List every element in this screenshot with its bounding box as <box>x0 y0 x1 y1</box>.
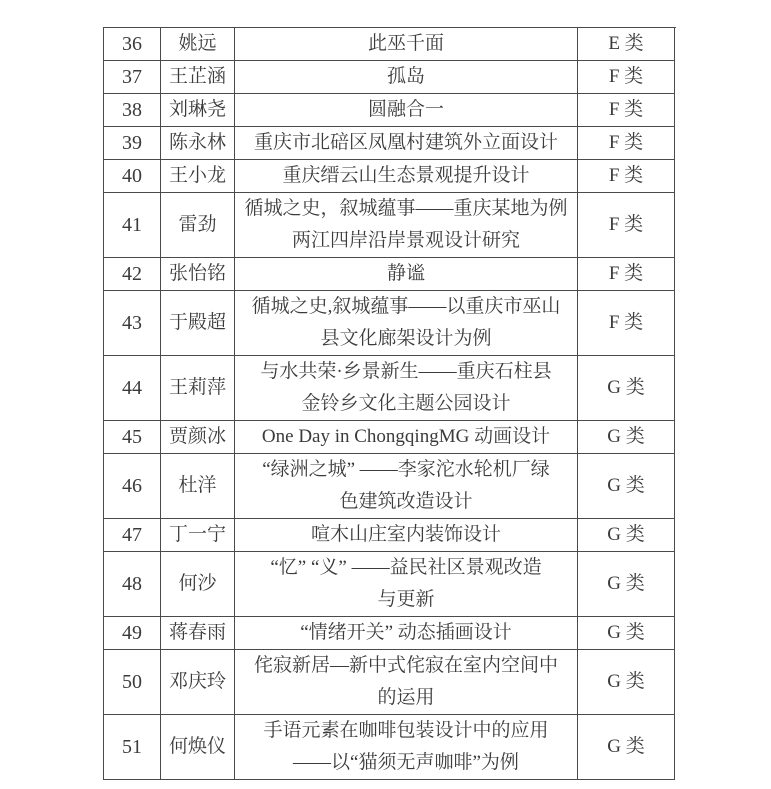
table-row: 45 贾颜冰 One Day in ChongqingMG 动画设计 G 类 <box>104 421 676 454</box>
cell-category: G 类 <box>578 519 675 552</box>
table-row: 40 王小龙 重庆缙云山生态景观提升设计 F 类 <box>104 160 676 193</box>
cell-number: 46 <box>104 454 161 519</box>
cell-number: 40 <box>104 160 161 193</box>
document-page: 36 姚远 此巫千面 E 类 37 王芷涵 孤岛 F 类 38 刘琳尧 圆融合一… <box>0 0 771 789</box>
cell-category: G 类 <box>578 552 675 617</box>
cell-number: 48 <box>104 552 161 617</box>
cell-number: 41 <box>104 193 161 258</box>
table-row: 43 于殿超 循城之史,叙城蕴事——以重庆市巫山 县文化廊架设计为例 F 类 <box>104 291 676 356</box>
cell-title: “绿洲之城” ——李家沱水轮机厂绿 色建筑改造设计 <box>235 454 578 519</box>
cell-name: 蒋春雨 <box>161 617 235 650</box>
table-row: 44 王莉萍 与水共荣·乡景新生——重庆石柱县 金铃乡文化主题公园设计 G 类 <box>104 356 676 421</box>
cell-number: 45 <box>104 421 161 454</box>
cell-title: 手语元素在咖啡包装设计中的应用 ——以“猫须无声咖啡”为例 <box>235 715 578 780</box>
cell-category: F 类 <box>578 127 675 160</box>
cell-title: 与水共荣·乡景新生——重庆石柱县 金铃乡文化主题公园设计 <box>235 356 578 421</box>
cell-category: F 类 <box>578 94 675 127</box>
table-row: 38 刘琳尧 圆融合一 F 类 <box>104 94 676 127</box>
cell-number: 50 <box>104 650 161 715</box>
cell-title: 圆融合一 <box>235 94 578 127</box>
cell-title: One Day in ChongqingMG 动画设计 <box>235 421 578 454</box>
cell-category: F 类 <box>578 291 675 356</box>
cell-title: 循城之史,叙城蕴事——以重庆市巫山 县文化廊架设计为例 <box>235 291 578 356</box>
cell-title: “忆” “义” ——益民社区景观改造 与更新 <box>235 552 578 617</box>
cell-category: G 类 <box>578 454 675 519</box>
cell-number: 47 <box>104 519 161 552</box>
cell-title: 喧木山庄室内装饰设计 <box>235 519 578 552</box>
cell-name: 陈永林 <box>161 127 235 160</box>
table-row: 46 杜洋 “绿洲之城” ——李家沱水轮机厂绿 色建筑改造设计 G 类 <box>104 454 676 519</box>
cell-title: 侘寂新居—新中式侘寂在室内空间中 的运用 <box>235 650 578 715</box>
cell-category: F 类 <box>578 193 675 258</box>
cell-title: 此巫千面 <box>235 28 578 61</box>
table-row: 51 何焕仪 手语元素在咖啡包装设计中的应用 ——以“猫须无声咖啡”为例 G 类 <box>104 715 676 780</box>
cell-number: 44 <box>104 356 161 421</box>
cell-name: 张怡铭 <box>161 258 235 291</box>
cell-number: 43 <box>104 291 161 356</box>
cell-category: F 类 <box>578 61 675 94</box>
cell-category: G 类 <box>578 421 675 454</box>
cell-title: 静谧 <box>235 258 578 291</box>
table-row: 50 邓庆玲 侘寂新居—新中式侘寂在室内空间中 的运用 G 类 <box>104 650 676 715</box>
cell-name: 王小龙 <box>161 160 235 193</box>
cell-title: “情绪开关” 动态插画设计 <box>235 617 578 650</box>
cell-category: G 类 <box>578 617 675 650</box>
cell-number: 51 <box>104 715 161 780</box>
cell-name: 贾颜冰 <box>161 421 235 454</box>
cell-category: G 类 <box>578 356 675 421</box>
cell-number: 39 <box>104 127 161 160</box>
cell-name: 姚远 <box>161 28 235 61</box>
cell-name: 杜洋 <box>161 454 235 519</box>
cell-name: 邓庆玲 <box>161 650 235 715</box>
cell-name: 何焕仪 <box>161 715 235 780</box>
cell-category: E 类 <box>578 28 675 61</box>
cell-category: F 类 <box>578 258 675 291</box>
cell-category: G 类 <box>578 650 675 715</box>
cell-title: 孤岛 <box>235 61 578 94</box>
table-row: 42 张怡铭 静谧 F 类 <box>104 258 676 291</box>
cell-name: 王芷涵 <box>161 61 235 94</box>
table-row: 49 蒋春雨 “情绪开关” 动态插画设计 G 类 <box>104 617 676 650</box>
cell-number: 38 <box>104 94 161 127</box>
table-row: 39 陈永林 重庆市北碚区凤凰村建筑外立面设计 F 类 <box>104 127 676 160</box>
cell-title: 重庆市北碚区凤凰村建筑外立面设计 <box>235 127 578 160</box>
cell-name: 于殿超 <box>161 291 235 356</box>
cell-name: 雷劲 <box>161 193 235 258</box>
table-row: 36 姚远 此巫千面 E 类 <box>104 28 676 61</box>
table-row: 37 王芷涵 孤岛 F 类 <box>104 61 676 94</box>
table-row: 48 何沙 “忆” “义” ——益民社区景观改造 与更新 G 类 <box>104 552 676 617</box>
cell-name: 刘琳尧 <box>161 94 235 127</box>
cell-category: G 类 <box>578 715 675 780</box>
cell-title: 循城之史，叙城蕴事——重庆某地为例 两江四岸沿岸景观设计研究 <box>235 193 578 258</box>
cell-name: 王莉萍 <box>161 356 235 421</box>
award-table: 36 姚远 此巫千面 E 类 37 王芷涵 孤岛 F 类 38 刘琳尧 圆融合一… <box>103 27 676 780</box>
cell-number: 42 <box>104 258 161 291</box>
cell-number: 36 <box>104 28 161 61</box>
cell-number: 49 <box>104 617 161 650</box>
cell-name: 丁一宁 <box>161 519 235 552</box>
cell-category: F 类 <box>578 160 675 193</box>
cell-title: 重庆缙云山生态景观提升设计 <box>235 160 578 193</box>
table-row: 47 丁一宁 喧木山庄室内装饰设计 G 类 <box>104 519 676 552</box>
table-row: 41 雷劲 循城之史，叙城蕴事——重庆某地为例 两江四岸沿岸景观设计研究 F 类 <box>104 193 676 258</box>
cell-name: 何沙 <box>161 552 235 617</box>
cell-number: 37 <box>104 61 161 94</box>
